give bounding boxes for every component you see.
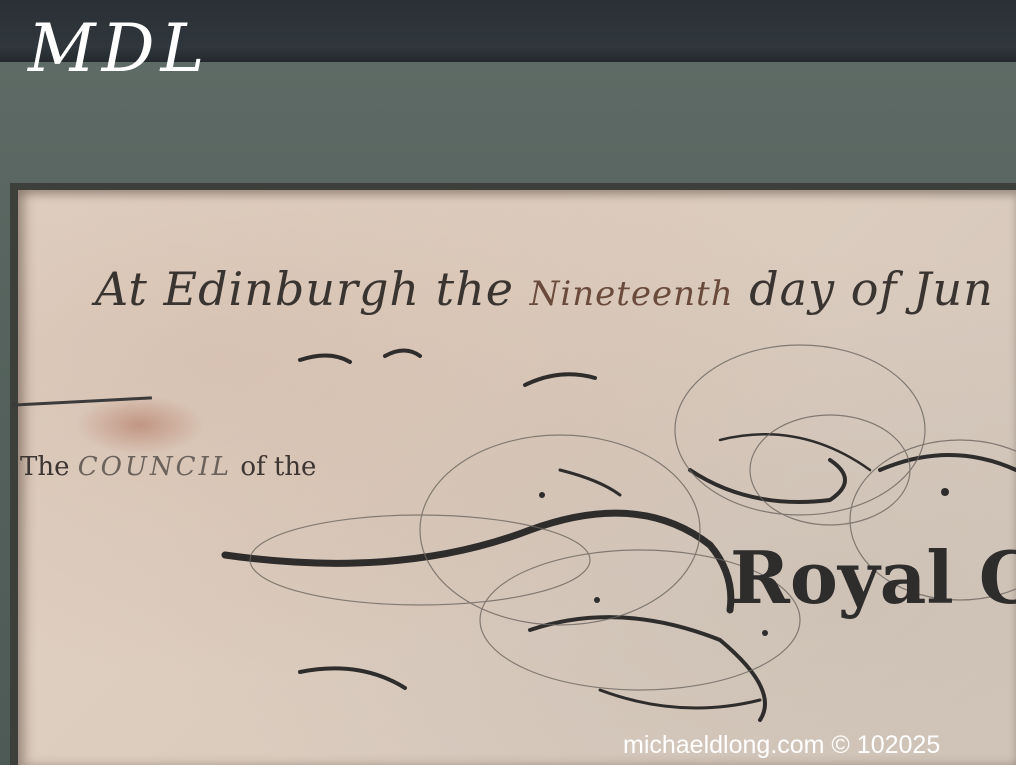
date-line: At Edinburgh the Nineteenth day of Jun (95, 262, 994, 316)
council-of-the: of the (232, 452, 316, 482)
council-the: The (20, 452, 78, 482)
date-suffix: day of Jun (734, 262, 994, 316)
paper-stain (75, 395, 205, 455)
watermark: michaeldlong.com © 102025 (623, 731, 940, 760)
mdl-logo: MDL (28, 16, 210, 82)
council-word: COUNCIL (78, 452, 232, 482)
date-filled-in: Nineteenth (530, 274, 734, 314)
council-line: The COUNCIL of the (20, 452, 316, 482)
royal-title-gothic: Royal Co (730, 535, 1016, 620)
date-prefix: At Edinburgh the (95, 262, 530, 316)
